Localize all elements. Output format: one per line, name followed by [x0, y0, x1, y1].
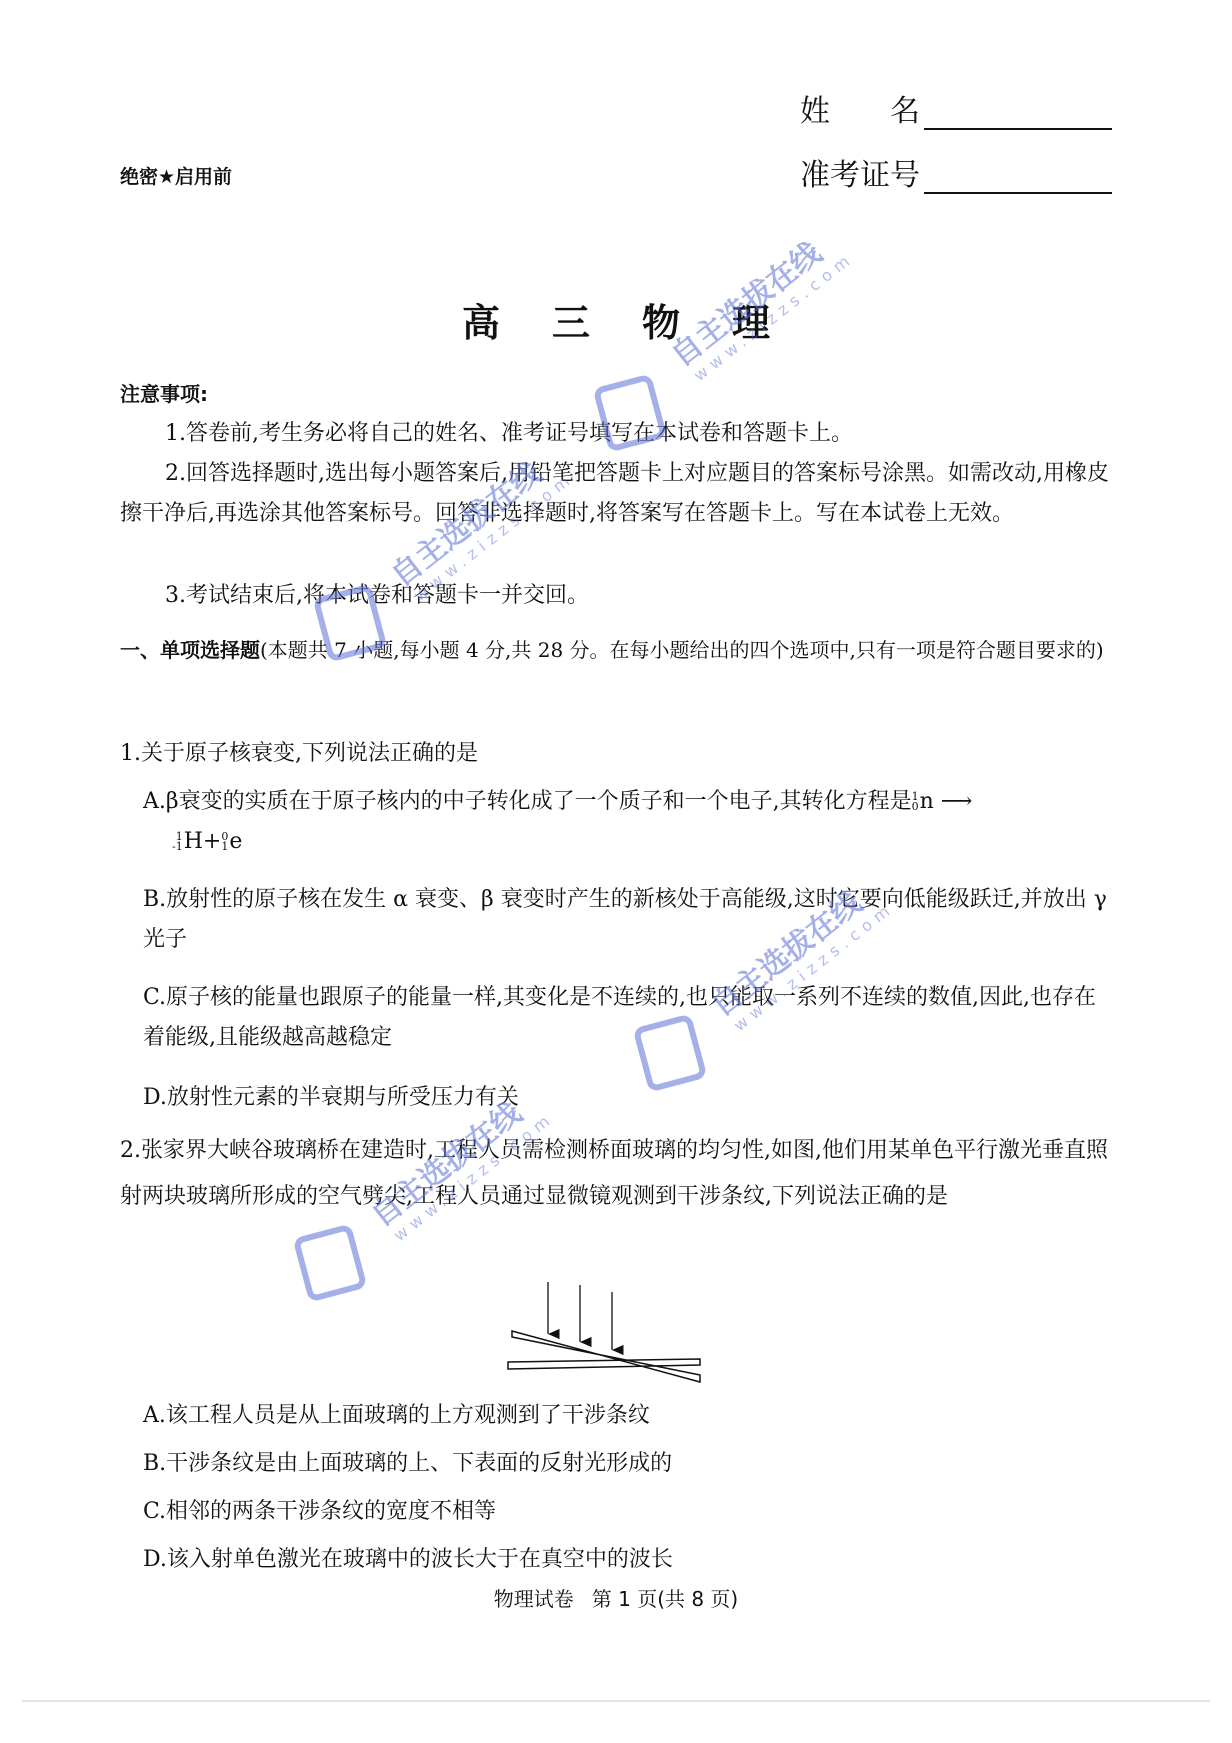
question-1-option-d: D.放射性元素的半衰期与所受压力有关	[143, 1078, 1115, 1118]
question-2-option-d: D.该入射单色激光在玻璃中的波长大于在真空中的波长	[143, 1540, 1115, 1580]
notice-item-2: 2.回答选择题时,选出每小题答案后,用铅笔把答题卡上对应题目的答案标号涂黑。如需…	[120, 454, 1115, 534]
option-label: A.	[143, 1403, 166, 1428]
notice-heading: 注意事项:	[120, 374, 1115, 414]
reaction-arrow: ⟶	[941, 789, 973, 814]
footer-page-number: 第 1 页(共 8 页)	[592, 1587, 738, 1611]
question-1-option-a: A.β衰变的实质在于原子核内的中子转化成了一个质子和一个电子,其转化方程是10n…	[143, 782, 1115, 862]
question-2-option-c: C.相邻的两条干涉条纹的宽度不相等	[143, 1492, 1115, 1532]
title-char: 理	[732, 292, 770, 347]
section-title: 一、单项选择题	[120, 638, 260, 662]
footer-subject: 物理试卷	[494, 1587, 574, 1611]
hydrogen-indices: 1-1	[172, 832, 183, 852]
option-text: 放射性元素的半衰期与所受压力有关	[167, 1085, 519, 1110]
option-text: 该入射单色激光在玻璃中的波长大于在真空中的波长	[167, 1547, 673, 1572]
title-char: 高	[462, 292, 500, 347]
exam-id-blank-line	[924, 166, 1112, 194]
section-heading: 一、单项选择题(本题共 7 小题,每小题 4 分,共 28 分。在每小题给出的四…	[120, 628, 1115, 673]
option-a-continuation: 1-1H+01e	[143, 822, 1115, 862]
arrow-icon	[548, 1282, 612, 1350]
question-1-stem: 1.关于原子核衰变,下列说法正确的是	[120, 734, 1115, 774]
notice-item-1: 1.答卷前,考生务必将自己的姓名、准考证号填写在本试卷和答题卡上。	[120, 414, 1115, 454]
title-char: 物	[642, 292, 680, 347]
exam-id-field: 准考证号	[800, 150, 1112, 194]
page-divider	[22, 1700, 1210, 1702]
section-note: (本题共 7 小题,每小题 4 分,共 28 分。在每小题给出的四个选项中,只有…	[260, 638, 1104, 662]
name-field: 姓 名	[800, 86, 1112, 130]
neutron-symbol-indices: 10	[912, 792, 919, 812]
option-text: 原子核的能量也跟原子的能量一样,其变化是不连续的,也只能取一系列不连续的数值,因…	[143, 985, 1096, 1050]
title-char: 三	[552, 292, 590, 347]
plus-sign: +	[203, 829, 221, 854]
option-label: C.	[143, 1499, 166, 1524]
page-title: 高三物理	[0, 292, 1232, 347]
name-label: 姓 名	[800, 86, 920, 130]
name-blank-line	[924, 102, 1112, 130]
option-label: B.	[143, 887, 166, 912]
electron-symbol: e	[229, 829, 242, 854]
electron-indices: 01	[221, 832, 228, 852]
option-label: B.	[143, 1451, 166, 1476]
option-label: A.	[143, 789, 166, 814]
page-footer: 物理试卷第 1 页(共 8 页)	[0, 1583, 1232, 1612]
question-2-option-a: A.该工程人员是从上面玻璃的上方观测到了干涉条纹	[143, 1396, 1115, 1436]
question-2-stem: 2.张家界大峡谷玻璃桥在建造时,工程人员需检测桥面玻璃的均匀性,如图,他们用某单…	[120, 1128, 1115, 1220]
notice-item-3: 3.考试结束后,将本试卷和答题卡一并交回。	[120, 576, 1115, 616]
option-label: D.	[143, 1547, 167, 1572]
option-text: 干涉条纹是由上面玻璃的上、下表面的反射光形成的	[166, 1451, 672, 1476]
exam-id-label: 准考证号	[800, 150, 920, 194]
question-1-option-b: B.放射性的原子核在发生 α 衰变、β 衰变时产生的新核处于高能级,这时它要向低…	[143, 880, 1115, 960]
neutron-symbol: n	[920, 789, 934, 814]
watermark-logo-icon	[292, 1223, 367, 1302]
question-1-option-c: C.原子核的能量也跟原子的能量一样,其变化是不连续的,也只能取一系列不连续的数值…	[143, 978, 1115, 1058]
option-text: 相邻的两条干涉条纹的宽度不相等	[166, 1499, 496, 1524]
option-text: 该工程人员是从上面玻璃的上方观测到了干涉条纹	[166, 1403, 650, 1428]
air-wedge-diagram	[500, 1280, 780, 1385]
question-2-option-b: B.干涉条纹是由上面玻璃的上、下表面的反射光形成的	[143, 1444, 1115, 1484]
confidential-label: 绝密★启用前	[120, 162, 232, 189]
hydrogen-symbol: H	[184, 829, 203, 854]
option-label: C.	[143, 985, 166, 1010]
option-label: D.	[143, 1085, 167, 1110]
option-text: β衰变的实质在于原子核内的中子转化成了一个质子和一个电子,其转化方程是	[166, 789, 912, 814]
option-text: 放射性的原子核在发生 α 衰变、β 衰变时产生的新核处于高能级,这时它要向低能级…	[143, 887, 1107, 952]
